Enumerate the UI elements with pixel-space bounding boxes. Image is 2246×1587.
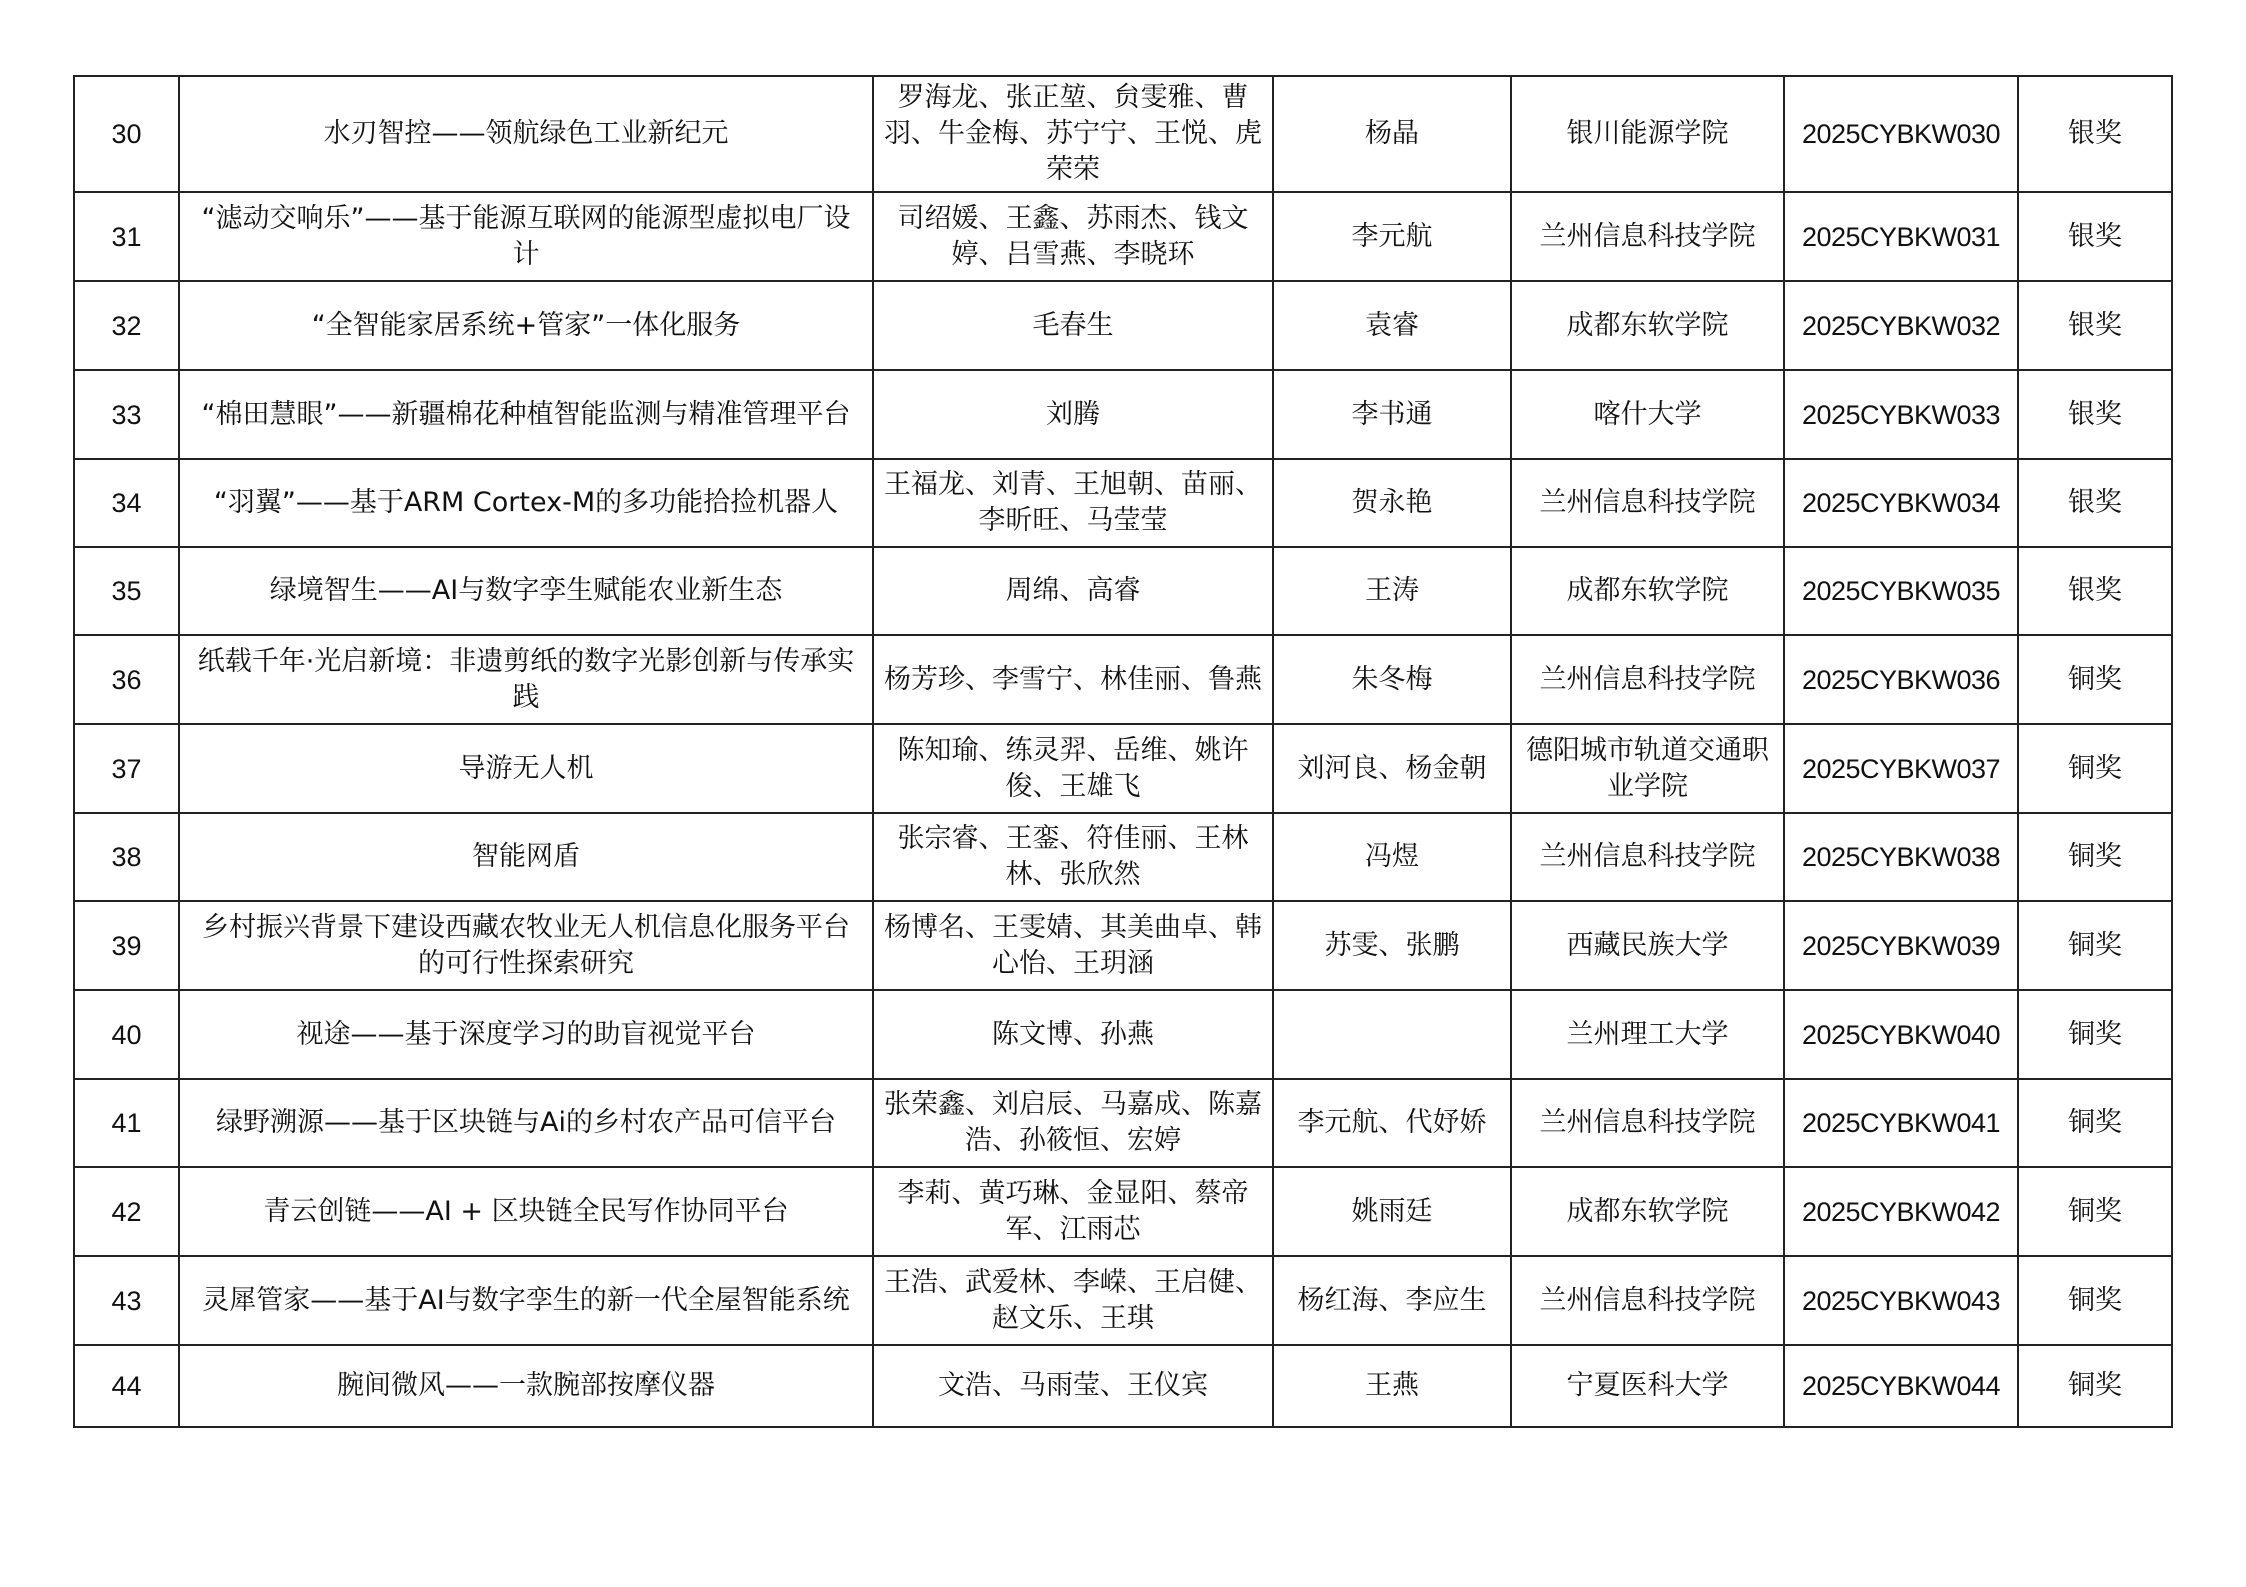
project-name-cell: 智能网盾	[179, 813, 873, 901]
table-row: 42青云创链——AI + 区块链全民写作协同平台李莉、黄巧琳、金显阳、蔡帝军、江…	[74, 1167, 2172, 1256]
award-code-cell: 2025CYBKW030	[1784, 76, 2018, 192]
award-code-cell: 2025CYBKW031	[1784, 192, 2018, 281]
award-code-cell: 2025CYBKW042	[1784, 1167, 2018, 1256]
team-members-cell: 刘腾	[873, 370, 1273, 459]
school-name-cell: 兰州信息科技学院	[1511, 1079, 1784, 1167]
project-name-cell: 导游无人机	[179, 724, 873, 813]
award-level-cell: 铜奖	[2018, 990, 2172, 1079]
row-number-cell: 31	[74, 192, 179, 281]
award-level-cell: 铜奖	[2018, 1079, 2172, 1167]
table-row: 37导游无人机陈知瑜、练灵羿、岳维、姚许俊、王雄飞刘河良、杨金朝德阳城市轨道交通…	[74, 724, 2172, 813]
school-name-cell: 兰州信息科技学院	[1511, 635, 1784, 724]
school-name-cell: 兰州理工大学	[1511, 990, 1784, 1079]
table-row: 41绿野溯源——基于区块链与Ai的乡村农产品可信平台张荣鑫、刘启辰、马嘉成、陈嘉…	[74, 1079, 2172, 1167]
team-members-cell: 张荣鑫、刘启辰、马嘉成、陈嘉浩、孙筱恒、宏婷	[873, 1079, 1273, 1167]
award-code-cell: 2025CYBKW034	[1784, 459, 2018, 547]
school-name-cell: 兰州信息科技学院	[1511, 192, 1784, 281]
award-level-cell: 银奖	[2018, 370, 2172, 459]
table-row: 33“棉田慧眼”——新疆棉花种植智能监测与精准管理平台刘腾李书通喀什大学2025…	[74, 370, 2172, 459]
team-members-cell: 毛春生	[873, 281, 1273, 370]
row-number-cell: 30	[74, 76, 179, 192]
row-number-cell: 41	[74, 1079, 179, 1167]
table-row: 40视途——基于深度学习的助盲视觉平台陈文博、孙燕兰州理工大学2025CYBKW…	[74, 990, 2172, 1079]
award-level-cell: 银奖	[2018, 76, 2172, 192]
table-row: 38智能网盾张宗睿、王銮、符佳丽、王林林、张欣然冯煜兰州信息科技学院2025CY…	[74, 813, 2172, 901]
row-number-cell: 38	[74, 813, 179, 901]
row-number-cell: 40	[74, 990, 179, 1079]
project-name-cell: 纸载千年·光启新境：非遗剪纸的数字光影创新与传承实践	[179, 635, 873, 724]
advisor-cell: 刘河良、杨金朝	[1273, 724, 1511, 813]
award-level-cell: 铜奖	[2018, 724, 2172, 813]
school-name-cell: 兰州信息科技学院	[1511, 1256, 1784, 1345]
advisor-cell: 王燕	[1273, 1345, 1511, 1427]
award-level-cell: 银奖	[2018, 281, 2172, 370]
award-code-cell: 2025CYBKW035	[1784, 547, 2018, 635]
award-level-cell: 铜奖	[2018, 901, 2172, 990]
row-number-cell: 39	[74, 901, 179, 990]
award-level-cell: 银奖	[2018, 547, 2172, 635]
team-members-cell: 王福龙、刘青、王旭朝、苗丽、李昕旺、马莹莹	[873, 459, 1273, 547]
award-level-cell: 铜奖	[2018, 635, 2172, 724]
team-members-cell: 陈知瑜、练灵羿、岳维、姚许俊、王雄飞	[873, 724, 1273, 813]
team-members-cell: 司绍媛、王鑫、苏雨杰、钱文婷、吕雪燕、李晓环	[873, 192, 1273, 281]
awards-table: 30水刃智控——领航绿色工业新纪元罗海龙、张正堃、贠雯雅、曹羽、牛金梅、苏宁宁、…	[73, 75, 2173, 1428]
award-code-cell: 2025CYBKW037	[1784, 724, 2018, 813]
award-level-cell: 铜奖	[2018, 1345, 2172, 1427]
project-name-cell: “棉田慧眼”——新疆棉花种植智能监测与精准管理平台	[179, 370, 873, 459]
advisor-cell: 贺永艳	[1273, 459, 1511, 547]
table-row: 31“滤动交响乐”——基于能源互联网的能源型虚拟电厂设计司绍媛、王鑫、苏雨杰、钱…	[74, 192, 2172, 281]
row-number-cell: 32	[74, 281, 179, 370]
school-name-cell: 喀什大学	[1511, 370, 1784, 459]
school-name-cell: 成都东软学院	[1511, 547, 1784, 635]
advisor-cell: 姚雨廷	[1273, 1167, 1511, 1256]
table-row: 32“全智能家居系统+管家”一体化服务毛春生袁睿成都东软学院2025CYBKW0…	[74, 281, 2172, 370]
awards-table-body: 30水刃智控——领航绿色工业新纪元罗海龙、张正堃、贠雯雅、曹羽、牛金梅、苏宁宁、…	[74, 76, 2172, 1427]
school-name-cell: 西藏民族大学	[1511, 901, 1784, 990]
row-number-cell: 37	[74, 724, 179, 813]
row-number-cell: 34	[74, 459, 179, 547]
school-name-cell: 兰州信息科技学院	[1511, 459, 1784, 547]
row-number-cell: 42	[74, 1167, 179, 1256]
award-level-cell: 银奖	[2018, 459, 2172, 547]
table-row: 30水刃智控——领航绿色工业新纪元罗海龙、张正堃、贠雯雅、曹羽、牛金梅、苏宁宁、…	[74, 76, 2172, 192]
school-name-cell: 成都东软学院	[1511, 281, 1784, 370]
advisor-cell: 杨晶	[1273, 76, 1511, 192]
award-code-cell: 2025CYBKW043	[1784, 1256, 2018, 1345]
table-row: 43灵犀管家——基于AI与数字孪生的新一代全屋智能系统王浩、武爱林、李嵘、王启健…	[74, 1256, 2172, 1345]
award-code-cell: 2025CYBKW038	[1784, 813, 2018, 901]
team-members-cell: 王浩、武爱林、李嵘、王启健、赵文乐、王琪	[873, 1256, 1273, 1345]
project-name-cell: 视途——基于深度学习的助盲视觉平台	[179, 990, 873, 1079]
award-code-cell: 2025CYBKW036	[1784, 635, 2018, 724]
school-name-cell: 兰州信息科技学院	[1511, 813, 1784, 901]
project-name-cell: 水刃智控——领航绿色工业新纪元	[179, 76, 873, 192]
advisor-cell	[1273, 990, 1511, 1079]
school-name-cell: 德阳城市轨道交通职业学院	[1511, 724, 1784, 813]
award-code-cell: 2025CYBKW040	[1784, 990, 2018, 1079]
team-members-cell: 杨芳珍、李雪宁、林佳丽、鲁燕	[873, 635, 1273, 724]
row-number-cell: 36	[74, 635, 179, 724]
award-code-cell: 2025CYBKW033	[1784, 370, 2018, 459]
project-name-cell: “滤动交响乐”——基于能源互联网的能源型虚拟电厂设计	[179, 192, 873, 281]
team-members-cell: 周绵、高睿	[873, 547, 1273, 635]
table-row: 36纸载千年·光启新境：非遗剪纸的数字光影创新与传承实践杨芳珍、李雪宁、林佳丽、…	[74, 635, 2172, 724]
row-number-cell: 43	[74, 1256, 179, 1345]
table-row: 35绿境智生——AI与数字孪生赋能农业新生态周绵、高睿王涛成都东软学院2025C…	[74, 547, 2172, 635]
advisor-cell: 李元航	[1273, 192, 1511, 281]
row-number-cell: 35	[74, 547, 179, 635]
award-code-cell: 2025CYBKW039	[1784, 901, 2018, 990]
school-name-cell: 宁夏医科大学	[1511, 1345, 1784, 1427]
row-number-cell: 33	[74, 370, 179, 459]
project-name-cell: 灵犀管家——基于AI与数字孪生的新一代全屋智能系统	[179, 1256, 873, 1345]
project-name-cell: 腕间微风——一款腕部按摩仪器	[179, 1345, 873, 1427]
advisor-cell: 袁睿	[1273, 281, 1511, 370]
project-name-cell: 乡村振兴背景下建设西藏农牧业无人机信息化服务平台的可行性探索研究	[179, 901, 873, 990]
award-code-cell: 2025CYBKW044	[1784, 1345, 2018, 1427]
row-number-cell: 44	[74, 1345, 179, 1427]
award-code-cell: 2025CYBKW032	[1784, 281, 2018, 370]
award-level-cell: 银奖	[2018, 192, 2172, 281]
team-members-cell: 张宗睿、王銮、符佳丽、王林林、张欣然	[873, 813, 1273, 901]
team-members-cell: 陈文博、孙燕	[873, 990, 1273, 1079]
advisor-cell: 苏雯、张鹏	[1273, 901, 1511, 990]
award-level-cell: 铜奖	[2018, 1167, 2172, 1256]
table-row: 44腕间微风——一款腕部按摩仪器文浩、马雨莹、王仪宾王燕宁夏医科大学2025CY…	[74, 1345, 2172, 1427]
project-name-cell: “羽翼”——基于ARM Cortex-M的多功能拾捡机器人	[179, 459, 873, 547]
team-members-cell: 文浩、马雨莹、王仪宾	[873, 1345, 1273, 1427]
award-level-cell: 铜奖	[2018, 813, 2172, 901]
advisor-cell: 朱冬梅	[1273, 635, 1511, 724]
advisor-cell: 杨红海、李应生	[1273, 1256, 1511, 1345]
award-level-cell: 铜奖	[2018, 1256, 2172, 1345]
school-name-cell: 银川能源学院	[1511, 76, 1784, 192]
advisor-cell: 冯煜	[1273, 813, 1511, 901]
table-row: 39乡村振兴背景下建设西藏农牧业无人机信息化服务平台的可行性探索研究杨博名、王雯…	[74, 901, 2172, 990]
team-members-cell: 罗海龙、张正堃、贠雯雅、曹羽、牛金梅、苏宁宁、王悦、虎荣荣	[873, 76, 1273, 192]
team-members-cell: 杨博名、王雯婧、其美曲卓、韩心怡、王玥涵	[873, 901, 1273, 990]
team-members-cell: 李莉、黄巧琳、金显阳、蔡帝军、江雨芯	[873, 1167, 1273, 1256]
project-name-cell: 绿野溯源——基于区块链与Ai的乡村农产品可信平台	[179, 1079, 873, 1167]
advisor-cell: 李书通	[1273, 370, 1511, 459]
award-code-cell: 2025CYBKW041	[1784, 1079, 2018, 1167]
project-name-cell: 绿境智生——AI与数字孪生赋能农业新生态	[179, 547, 873, 635]
advisor-cell: 李元航、代妤娇	[1273, 1079, 1511, 1167]
table-row: 34“羽翼”——基于ARM Cortex-M的多功能拾捡机器人王福龙、刘青、王旭…	[74, 459, 2172, 547]
project-name-cell: “全智能家居系统+管家”一体化服务	[179, 281, 873, 370]
advisor-cell: 王涛	[1273, 547, 1511, 635]
school-name-cell: 成都东软学院	[1511, 1167, 1784, 1256]
project-name-cell: 青云创链——AI + 区块链全民写作协同平台	[179, 1167, 873, 1256]
